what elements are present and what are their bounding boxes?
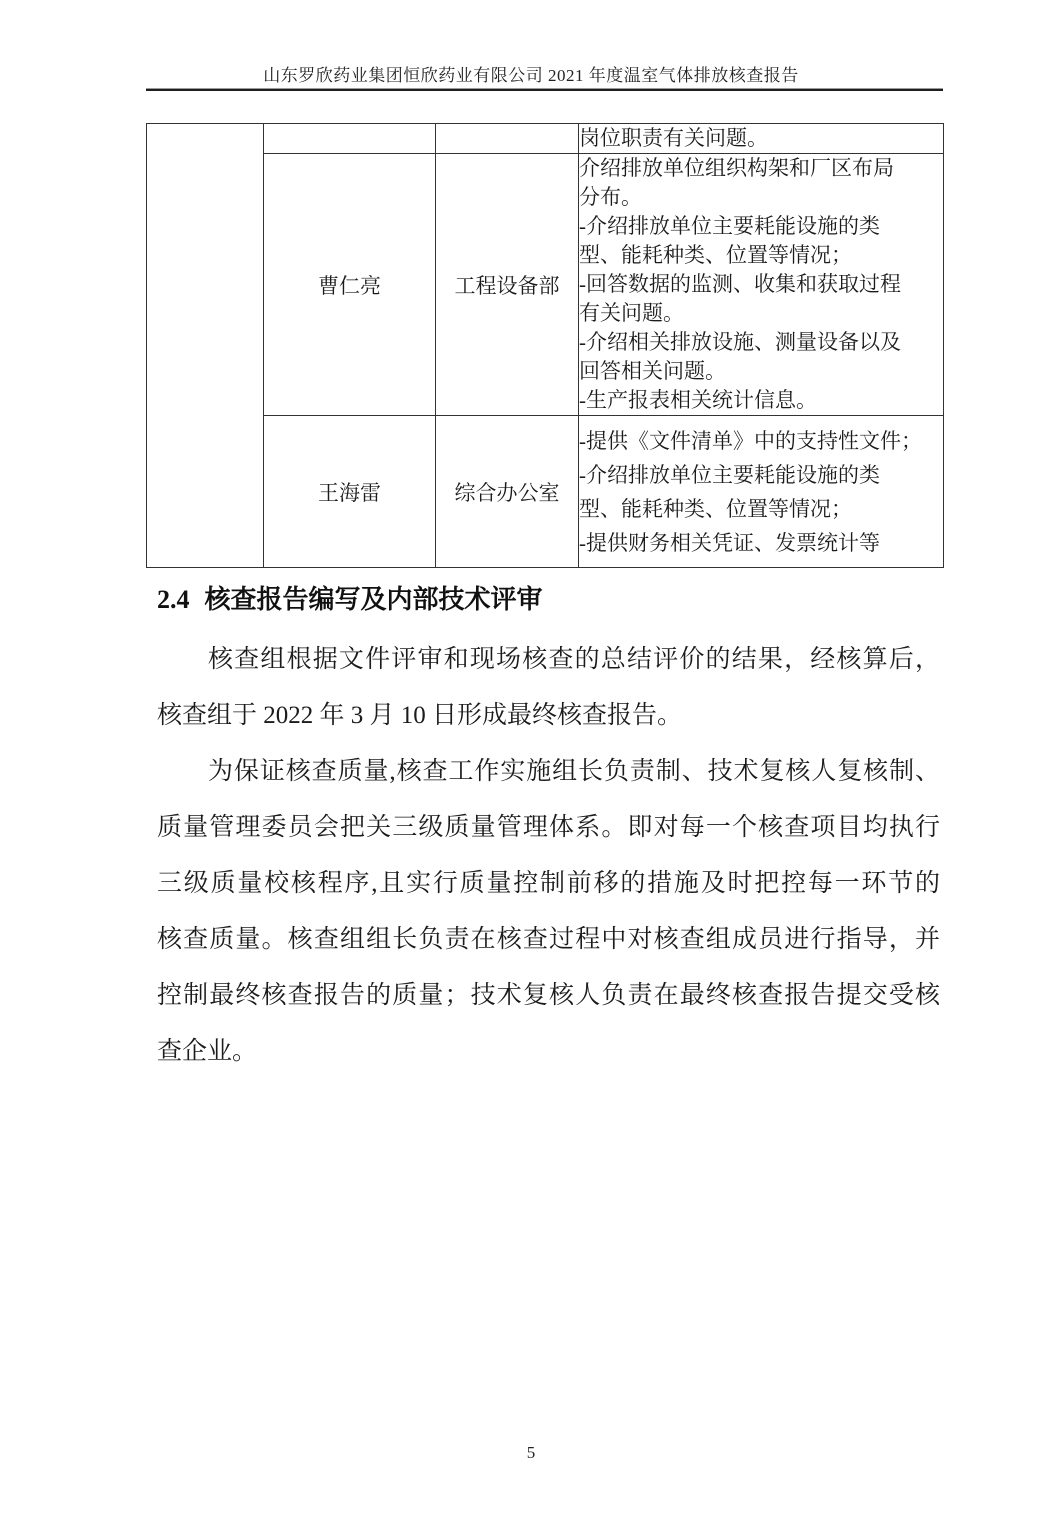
section-number: 2.4 xyxy=(157,585,190,614)
duty-cell: -提供《文件清单》中的支持性文件； -介绍排放单位主要耗能设施的类 型、能耗种类… xyxy=(579,416,944,568)
paragraph-line: 查企业。 xyxy=(157,1024,940,1080)
body-text: 核查组根据文件评审和现场核查的总结评价的结果，经核算后， 核查组于 2022 年… xyxy=(157,632,940,1080)
duty-line: -介绍排放单位主要耗能设施的类 xyxy=(579,458,943,492)
table-row: 曹仁亮 工程设备部 介绍排放单位组织构架和厂区布局 分布。 -介绍排放单位主要耗… xyxy=(147,154,944,416)
section-heading: 2.4核查报告编写及内部技术评审 xyxy=(157,582,543,618)
duty-line: -回答数据的监测、收集和获取过程 xyxy=(579,270,943,299)
name-cell: 曹仁亮 xyxy=(264,154,436,416)
table-row: 岗位职责有关问题。 xyxy=(147,124,944,154)
duty-line: 介绍排放单位组织构架和厂区布局 xyxy=(579,154,943,183)
duty-line: 分布。 xyxy=(579,183,943,212)
duty-line: 型、能耗种类、位置等情况； xyxy=(579,492,943,526)
paragraph-line: 核查质量。核查组组长负责在核查过程中对核查组成员进行指导，并 xyxy=(157,912,940,968)
paragraph-line: 三级质量校核程序,且实行质量控制前移的措施及时把控每一环节的 xyxy=(157,856,940,912)
name-cell: 王海雷 xyxy=(264,416,436,568)
paragraph-line: 为保证核查质量,核查工作实施组长负责制、技术复核人复核制、 xyxy=(157,744,940,800)
header-rule-divider xyxy=(146,88,943,91)
duty-line: 有关问题。 xyxy=(579,299,943,328)
duty-line: 型、能耗种类、位置等情况； xyxy=(579,241,943,270)
paragraph-line: 核查组于 2022 年 3 月 10 日形成最终核查报告。 xyxy=(157,688,940,744)
paragraph-line: 核查组根据文件评审和现场核查的总结评价的结果，经核算后， xyxy=(157,632,940,688)
page-number: 5 xyxy=(0,1440,1062,1466)
paragraph-line: 控制最终核查报告的质量；技术复核人负责在最终核查报告提交受核 xyxy=(157,968,940,1024)
personnel-table: 岗位职责有关问题。 曹仁亮 工程设备部 介绍排放单位组织构架和厂区布局 分布。 … xyxy=(146,123,944,568)
name-cell xyxy=(264,124,436,154)
duty-line: -介绍相关排放设施、测量设备以及 xyxy=(579,328,943,357)
duty-line: 岗位职责有关问题。 xyxy=(579,125,943,152)
duty-cell: 介绍排放单位组织构架和厂区布局 分布。 -介绍排放单位主要耗能设施的类 型、能耗… xyxy=(579,154,944,416)
section-title: 核查报告编写及内部技术评审 xyxy=(205,585,543,614)
merged-left-cell xyxy=(147,124,264,568)
dept-cell: 工程设备部 xyxy=(436,154,579,416)
paragraph-line: 质量管理委员会把关三级质量管理体系。即对每一个核查项目均执行 xyxy=(157,800,940,856)
document-page: 山东罗欣药业集团恒欣药业有限公司 2021 年度温室气体排放核查报告 岗位职责有… xyxy=(0,0,1062,1514)
duty-line: -生产报表相关统计信息。 xyxy=(579,386,943,415)
table-row: 王海雷 综合办公室 -提供《文件清单》中的支持性文件； -介绍排放单位主要耗能设… xyxy=(147,416,944,568)
page-header-title: 山东罗欣药业集团恒欣药业有限公司 2021 年度温室气体排放核查报告 xyxy=(0,64,1062,88)
duty-cell: 岗位职责有关问题。 xyxy=(579,124,944,154)
duty-line: -提供《文件清单》中的支持性文件； xyxy=(579,424,943,458)
duty-line: -提供财务相关凭证、发票统计等 xyxy=(579,526,943,560)
duty-line: 回答相关问题。 xyxy=(579,357,943,386)
dept-cell xyxy=(436,124,579,154)
dept-cell: 综合办公室 xyxy=(436,416,579,568)
duty-line: -介绍排放单位主要耗能设施的类 xyxy=(579,212,943,241)
